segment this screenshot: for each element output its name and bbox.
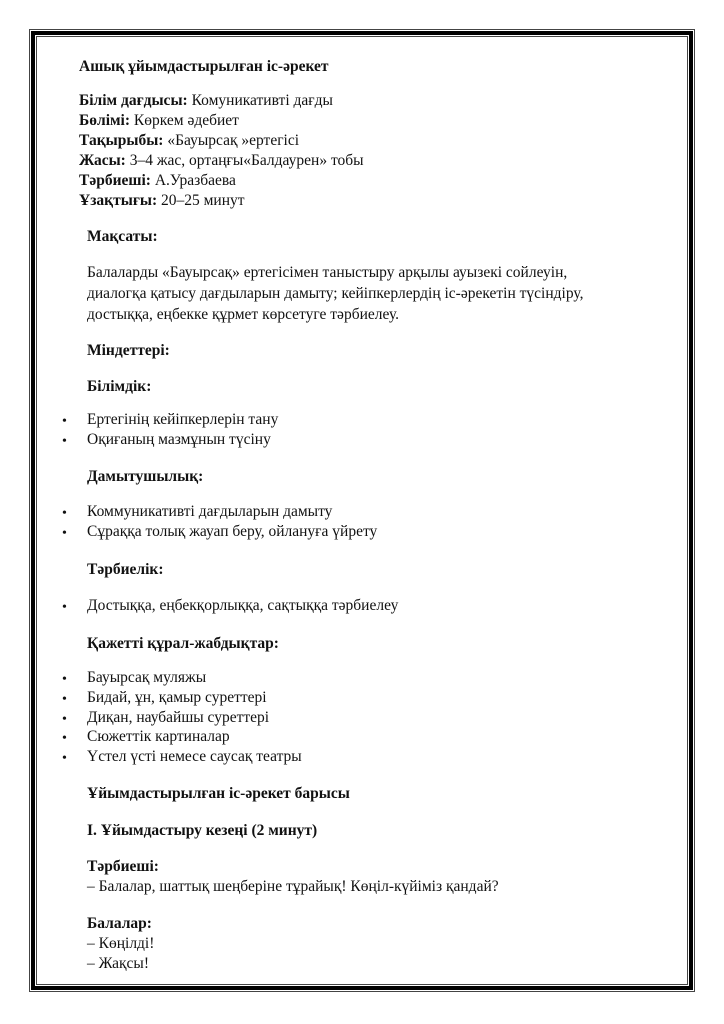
teacher-label: Тәрбиеші: xyxy=(87,857,159,877)
list-item: Сюжеттік картиналар xyxy=(87,727,230,747)
children-line: – Көңілді! xyxy=(87,934,154,954)
developmental-heading: Дамытушылық: xyxy=(87,467,203,487)
bullet: • xyxy=(62,504,67,524)
document-title: Ашық ұйымдастырылған іс-әрекет xyxy=(79,57,329,77)
tasks-heading: Міндеттері: xyxy=(87,341,170,361)
list-item: Достыққа, еңбекқорлыққа, сақтыққа тәрбие… xyxy=(87,596,398,616)
bullet: • xyxy=(62,412,67,432)
bullet: • xyxy=(62,749,67,769)
list-item: Бидай, ұн, қамыр суреттері xyxy=(87,688,267,708)
educational-heading: Білімдік: xyxy=(87,377,151,397)
stage-heading: І. Ұйымдастыру кезеңі (2 минут) xyxy=(87,821,317,841)
field-skill: Білім дағдысы: Комуникативті дағды xyxy=(79,91,333,111)
children-label: Балалар: xyxy=(87,914,152,934)
list-item: Сұраққа толық жауап беру, ойлануға үйрет… xyxy=(87,522,377,542)
process-heading: Ұйымдастырылған іс-әрекет барысы xyxy=(87,784,350,804)
bullet: • xyxy=(62,432,67,452)
field-teacher: Тәрбиеші: А.Уразбаева xyxy=(79,171,236,191)
field-topic: Тақырыбы: «Бауырсақ »ертегісі xyxy=(79,131,299,151)
bullet: • xyxy=(62,690,67,710)
goal-heading: Мақсаты: xyxy=(87,227,158,247)
field-duration: Ұзақтығы: 20–25 минут xyxy=(79,191,245,211)
bullet: • xyxy=(62,710,67,730)
teacher-line: – Балалар, шаттық шеңберіне тұрайық! Көң… xyxy=(87,877,499,897)
field-section: Бөлімі: Көркем әдебиет xyxy=(79,111,239,131)
goal-line: достыққа, еңбекке құрмет көрсетуге тәрби… xyxy=(87,305,399,325)
bullet: • xyxy=(62,670,67,690)
materials-heading: Қажетті құрал-жабдықтар: xyxy=(87,634,279,654)
list-item: Ертегінің кейіпкерлерін тану xyxy=(87,410,278,430)
list-item: Үстел үсті немесе саусақ театры xyxy=(87,747,302,767)
field-age: Жасы: 3–4 жас, ортаңғы«Балдаурен» тобы xyxy=(79,151,364,171)
list-item: Коммуникативті дағдыларын дамыту xyxy=(87,502,332,522)
list-item: Бауырсақ муляжы xyxy=(87,668,206,688)
children-line: – Жақсы! xyxy=(87,954,149,974)
goal-line: Балаларды «Бауырсақ» ертегісімен танысты… xyxy=(87,263,567,283)
bullet: • xyxy=(62,598,67,618)
list-item: Оқиғаның мазмұнын түсіну xyxy=(87,430,271,450)
upbringing-heading: Тәрбиелік: xyxy=(87,560,164,580)
bullet: • xyxy=(62,729,67,749)
goal-line: диалогқа қатысу дағдыларын дамыту; кейіп… xyxy=(87,284,583,304)
bullet: • xyxy=(62,524,67,544)
list-item: Диқан, наубайшы суреттері xyxy=(87,708,269,728)
